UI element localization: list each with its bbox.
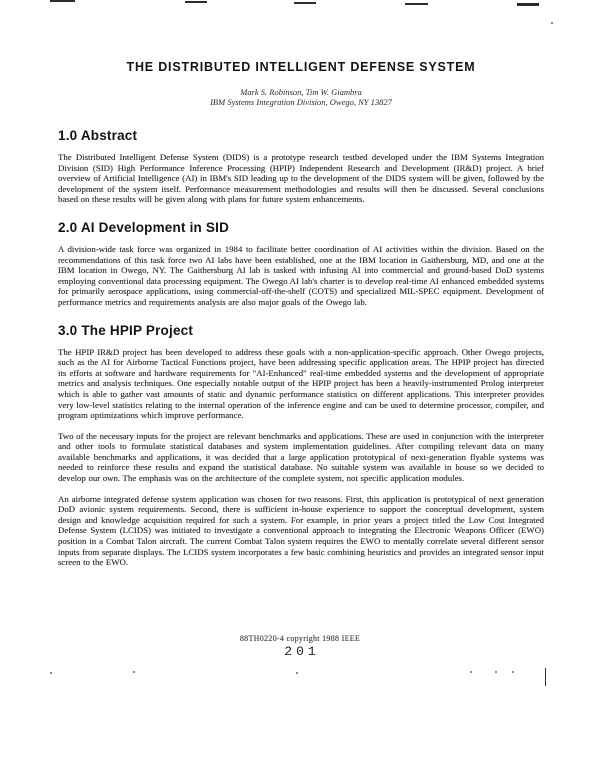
scan-artifact	[545, 668, 546, 686]
hpip-paragraph-3: An airborne integrated defense system ap…	[58, 494, 544, 568]
paper-title: THE DISTRIBUTED INTELLIGENT DEFENSE SYST…	[58, 60, 544, 74]
section-heading-hpip-project: 3.0 The HPIP Project	[58, 323, 544, 338]
ai-development-paragraph: A division-wide task force was organized…	[58, 244, 544, 308]
section-heading-abstract: 1.0 Abstract	[58, 128, 544, 143]
scan-artifact	[470, 671, 472, 673]
byline: Mark S. Robinson, Tim W. Giambra IBM Sys…	[58, 87, 544, 107]
scan-artifact	[495, 671, 497, 673]
scan-artifact	[551, 22, 553, 24]
page-footer: 88TH0220-4 copyright 1988 IEEE 201	[0, 634, 600, 659]
scan-artifact	[50, 672, 52, 674]
abstract-paragraph: The Distributed Intelligent Defense Syst…	[58, 152, 544, 205]
scan-artifact	[296, 672, 298, 674]
page-number: 201	[0, 644, 600, 659]
hpip-paragraph-2: Two of the necessary inputs for the proj…	[58, 431, 544, 484]
hpip-paragraph-1: The HPIP IR&D project has been developed…	[58, 347, 544, 421]
page-content: THE DISTRIBUTED INTELLIGENT DEFENSE SYST…	[58, 0, 544, 578]
scan-artifact	[512, 671, 514, 673]
affiliation-line: IBM Systems Integration Division, Owego,…	[58, 97, 544, 107]
document-page: THE DISTRIBUTED INTELLIGENT DEFENSE SYST…	[0, 0, 600, 772]
copyright-line: 88TH0220-4 copyright 1988 IEEE	[0, 634, 600, 643]
scan-artifact	[133, 671, 135, 673]
authors-line: Mark S. Robinson, Tim W. Giambra	[58, 87, 544, 97]
section-heading-ai-development: 2.0 AI Development in SID	[58, 220, 544, 235]
